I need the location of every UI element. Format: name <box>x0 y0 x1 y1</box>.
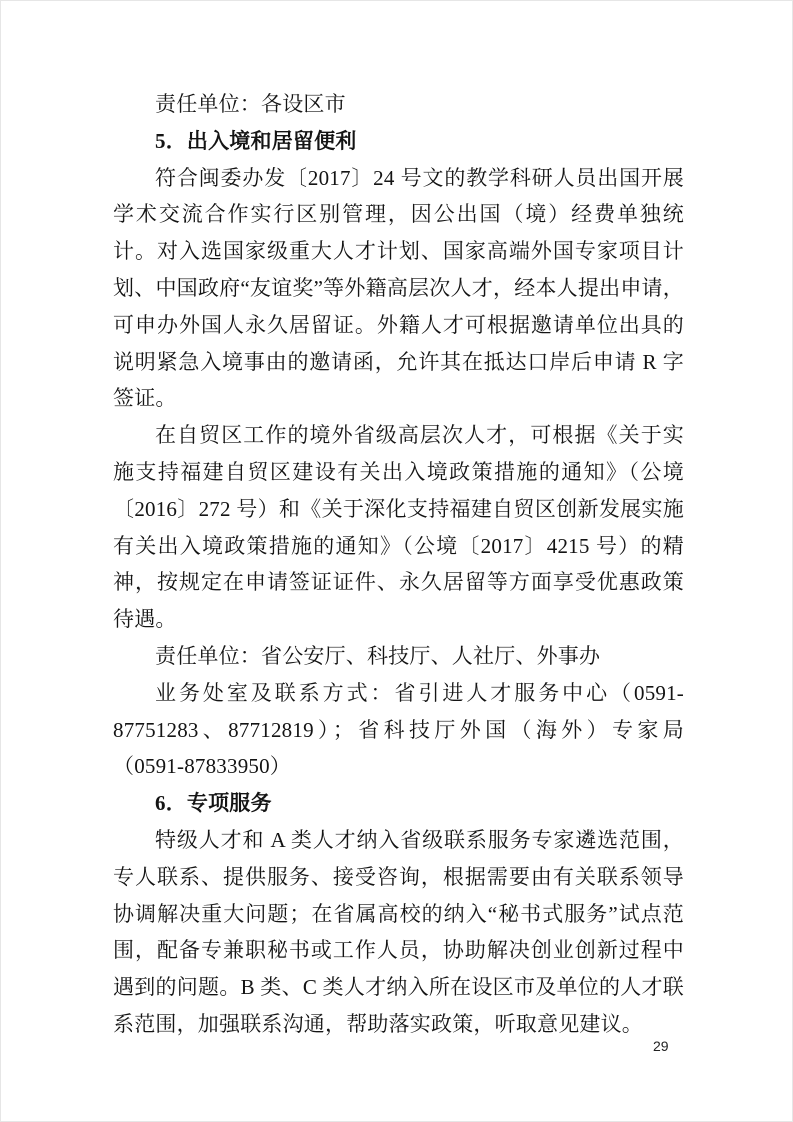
section-heading-6: 6．专项服务 <box>113 785 684 822</box>
contact-info-paragraph: 业务处室及联系方式：省引进人才服务中心（0591-87751283、877128… <box>113 675 684 785</box>
page-number: 29 <box>653 1036 669 1056</box>
body-paragraph: 特级人才和 A 类人才纳入省级联系服务专家遴选范围，专人联系、提供服务、接受咨询… <box>113 822 684 1043</box>
body-paragraph: 在自贸区工作的境外省级高层次人才，可根据《关于实施支持福建自贸区建设有关出入境政… <box>113 417 684 638</box>
document-page: 责任单位：各设区市 5．出入境和居留便利 符合闽委办发〔2017〕24 号文的教… <box>0 0 793 1122</box>
responsibility-unit-line: 责任单位：省公安厅、科技厅、人社厅、外事办 <box>113 638 684 675</box>
body-paragraph: 符合闽委办发〔2017〕24 号文的教学科研人员出国开展学术交流合作实行区别管理… <box>113 160 684 418</box>
document-body: 责任单位：各设区市 5．出入境和居留便利 符合闽委办发〔2017〕24 号文的教… <box>113 86 684 1043</box>
responsibility-unit-line: 责任单位：各设区市 <box>113 86 684 123</box>
section-heading-5: 5．出入境和居留便利 <box>113 123 684 160</box>
